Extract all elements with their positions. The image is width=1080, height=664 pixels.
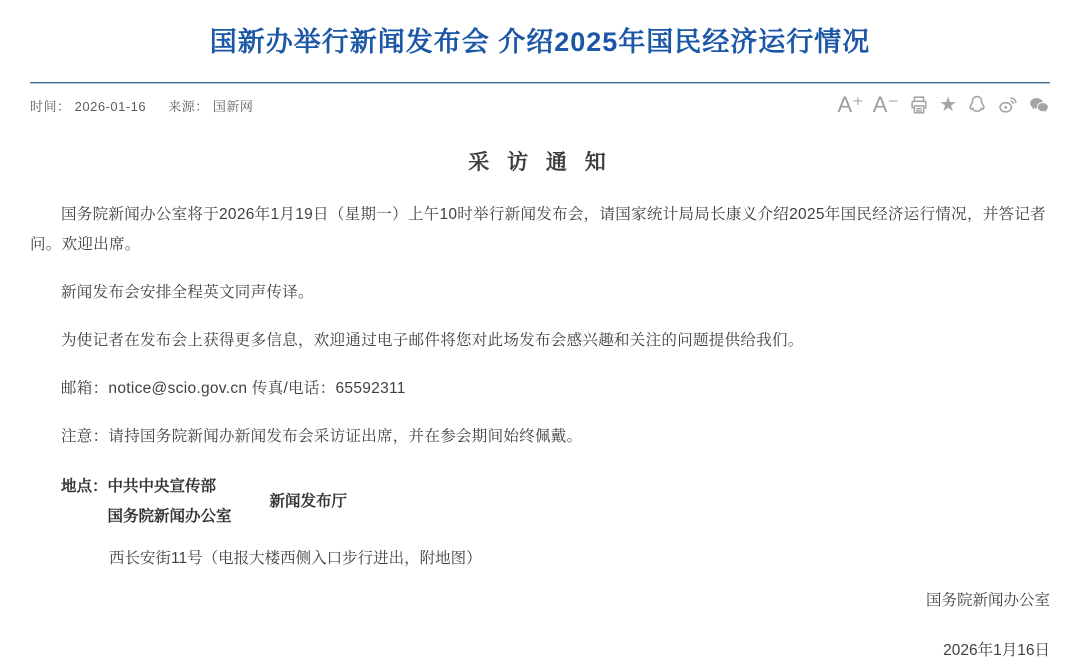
contact-email-line: 邮箱：notice@scio.gov.cn 传真/电话：65592311 — [30, 374, 1050, 404]
meta-row: 时间： 2026-01-16 来源： 国新网 A⁺ A⁻ ★ — [30, 88, 1050, 122]
notice-heading: 采 访 通 知 — [30, 146, 1050, 176]
location-org-1: 中共中央宣传部 — [108, 472, 232, 502]
time-label: 时间： — [30, 99, 71, 114]
weibo-share-icon[interactable] — [997, 94, 1019, 116]
title-divider — [30, 82, 1050, 84]
page-container: 国新办举行新闻发布会 介绍2025年国民经济运行情况 时间： 2026-01-1… — [0, 24, 1080, 662]
wechat-share-icon[interactable] — [1028, 94, 1050, 116]
source-value: 国新网 — [213, 99, 254, 114]
article-meta: 时间： 2026-01-16 来源： 国新网 — [30, 96, 271, 115]
attention-note-line: 注意：请持国务院新闻办新闻发布会采访证出席，并在参会期间始终佩戴。 — [30, 422, 1050, 452]
source-label: 来源： — [168, 99, 209, 114]
signature-date: 2026年1月16日 — [30, 640, 1050, 662]
notice-paragraph-1: 国务院新闻办公室将于2026年1月19日（星期一）上午10时举行新闻发布会，请国… — [30, 200, 1050, 260]
time-value: 2026-01-16 — [75, 99, 147, 114]
page-title: 国新办举行新闻发布会 介绍2025年国民经济运行情况 — [30, 24, 1050, 60]
font-decrease-button[interactable]: A⁻ — [873, 94, 899, 116]
notice-paragraph-3: 为使记者在发布会上获得更多信息，欢迎通过电子邮件将您对此场发布会感兴趣和关注的问… — [30, 326, 1050, 356]
qq-share-icon[interactable] — [966, 94, 988, 116]
location-venue: 新闻发布厅 — [270, 487, 348, 517]
location-label: 地点： — [61, 472, 108, 502]
font-increase-button[interactable]: A⁺ — [837, 94, 863, 116]
share-toolbar: A⁺ A⁻ ★ — [837, 94, 1050, 116]
location-org-2: 国务院新闻办公室 — [108, 502, 232, 532]
location-block: 地点： 中共中央宣传部 国务院新闻办公室 新闻发布厅 — [30, 472, 1050, 532]
location-organizations: 中共中央宣传部 国务院新闻办公室 — [108, 472, 232, 532]
printer-icon[interactable] — [908, 94, 930, 116]
signature-org: 国务院新闻办公室 — [30, 590, 1050, 612]
favorite-star-icon[interactable]: ★ — [939, 94, 957, 116]
notice-paragraph-2: 新闻发布会安排全程英文同声传译。 — [30, 278, 1050, 308]
location-address: 西长安街11号（电报大楼西侧入口步行进出，附地图） — [30, 544, 1050, 574]
